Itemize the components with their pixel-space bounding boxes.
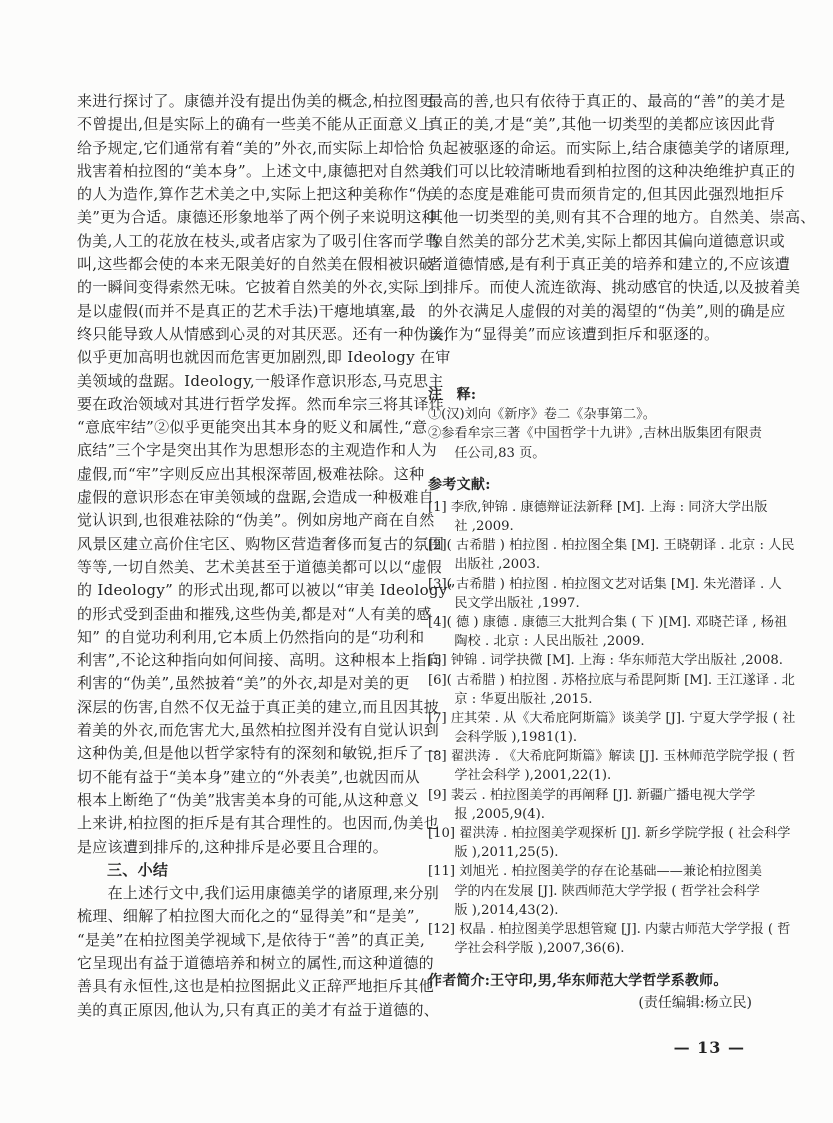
text-line: 深层的伤害,自然不仅无益于真正美的建立,而且因其披 (77, 696, 417, 719)
text-line: 的人为造作,算作艺术美之中,实际上把这种美称作“伪 (77, 183, 417, 206)
text-line: [3]( 古希腊 ) 柏拉图 . 柏拉图文艺对话集 [M]. 朱光潜译 . 人 (428, 575, 768, 594)
text-line: “意底牢结”②似乎更能突出其本身的贬义和属性,“意 (77, 416, 417, 439)
text-line: [1] 李欣,钟锦 . 康德辩证法新释 [M]. 上海 : 同济大学出版 (428, 498, 768, 517)
text-line: 虚假,而“牢”字则反应出其根深蒂固,极难祛除。这种 (77, 463, 417, 486)
text-line: 民文学出版社 ,1997. (428, 594, 768, 613)
text-line: 觉认识到,也很难祛除的“伪美”。例如房地产商在自然 (77, 509, 417, 532)
text-line: 的一瞬间变得索然无味。它披着自然美的外衣,实际上 (77, 276, 417, 299)
author-bio: 作者简介:王守印,男,华东师范大学哲学系教师。 (428, 971, 768, 991)
text-line: 最高的善,也只有依待于真正的、最高的“善”的美才是 (428, 90, 768, 113)
text-line: 在上述行文中,我们运用康德美学的诸原理,来分别 (77, 882, 417, 905)
text-line: 不曾提出,但是实际上的确有一些美不能从正面意义上 (77, 113, 417, 136)
text-line: 要在政治领域对其进行哲学发挥。然而牟宗三将其译作 (77, 393, 417, 416)
text-line: 叫,这些都会使的本来无限美好的自然美在假相被识破 (77, 253, 417, 276)
text-line: 终只能导致人从情感到心灵的对其厌恶。还有一种伪美, (77, 323, 417, 346)
notes-heading: 注 释: (428, 385, 768, 405)
text-line: ①(汉)刘向《新序》卷二《杂事第二》。 (428, 405, 768, 424)
text-line: 知” 的自觉功利利用,它本质上仍然指向的是“功利和 (77, 626, 417, 649)
author-bio-text: 王守印,男,华东师范大学哲学系教师。 (490, 973, 727, 989)
text-line: [5] 钟锦 . 词学抉微 [M]. 上海 : 华东师范大学出版社 ,2008. (428, 651, 768, 670)
text-line: 梳理、细解了柏拉图大而化之的“显得美”和“是美”, (77, 905, 417, 928)
text-line: [4]( 德 ) 康德 . 康德三大批判合集 ( 下 )[M]. 邓晓芒译 , … (428, 613, 768, 632)
text-line: 这种伪美,但是他以哲学家特有的深刻和敏锐,拒斥了一 (77, 742, 417, 765)
text-line: 负起被驱逐的命运。而实际上,结合康德美学的诸原理, (428, 137, 768, 160)
text-line: 等等,一切自然美、艺术美甚至于道德美都可以以“虚假 (77, 556, 417, 579)
text-line: [10] 翟洪涛 . 柏拉图美学观探析 [J]. 新乡学院学报 ( 社会科学 (428, 824, 768, 843)
text-line: 似乎更加高明也就因而危害更加剧烈,即 Ideology 在审 (77, 346, 417, 369)
left-column: 来进行探讨了。康德并没有提出伪美的概念,柏拉图更不曾提出,但是实际上的确有一些美… (77, 90, 417, 1022)
text-line: 像自然美的部分艺术美,实际上都因其偏向道德意识或 (428, 230, 768, 253)
author-bio-label: 作者简介: (428, 973, 490, 989)
text-line: 学社会科学版 ),2007,36(6). (428, 939, 768, 958)
text-line: 给予规定,它们通常有着“美的”外衣,而实际上却恰恰 (77, 137, 417, 160)
text-line: 京 : 华夏出版社 ,2015. (428, 690, 768, 709)
right-column: 最高的善,也只有依待于真正的、最高的“善”的美才是真正的美,才是“美”,其他一切… (428, 90, 768, 1013)
text-line: “是美”在柏拉图美学视域下,是依待于“善”的真正美, (77, 929, 417, 952)
text-line: 版 ),2014,43(2). (428, 901, 768, 920)
text-line: 底结”三个字是突出其作为思想形态的主观造作和人为 (77, 439, 417, 462)
text-line: 美领域的盘踞。Ideology,一般译作意识形态,马克思主 (77, 370, 417, 393)
text-line: 美”更为合适。康德还形象地举了两个例子来说明这种 (77, 206, 417, 229)
text-line: 报 ,2005,9(4). (428, 805, 768, 824)
text-line: 者道德情感,是有利于真正美的培养和建立的,不应该遭 (428, 253, 768, 276)
text-line: [9] 裴云 . 柏拉图美学的再阐释 [J]. 新疆广播电视大学学 (428, 786, 768, 805)
journal-page: 来进行探讨了。康德并没有提出伪美的概念,柏拉图更不曾提出,但是实际上的确有一些美… (0, 0, 833, 1123)
text-line: 来进行探讨了。康德并没有提出伪美的概念,柏拉图更 (77, 90, 417, 113)
text-line: 陶校 . 北京 : 人民出版社 ,2009. (428, 632, 768, 651)
text-line: 利害”,不论这种指向如何间接、高明。这种根本上指向 (77, 649, 417, 672)
text-line: 虚假的意识形态在审美领域的盘踞,会造成一种极难自 (77, 486, 417, 509)
text-line: 风景区建立高价住宅区、购物区营造奢侈而复古的氛围 (77, 533, 417, 556)
text-line: 上来讲,柏拉图的拒斥是有其合理性的。也因而,伪美也 (77, 812, 417, 835)
section-heading: 三、小结 (77, 859, 417, 882)
text-line: [6]( 古希腊 ) 柏拉图 . 苏格拉底与希毘阿斯 [M]. 王江遂译 . 北 (428, 671, 768, 690)
references-heading: 参考文献: (428, 475, 768, 495)
text-line: 利害的“伪美”,虽然披着“美”的外衣,却是对美的更 (77, 672, 417, 695)
text-line: 是以虚假(而并不是真正的艺术手法)干瘪地填塞,最 (77, 300, 417, 323)
text-line: 是应该遭到排斥的,这种排斥是必要且合理的。 (77, 836, 417, 859)
text-line: 根本上断绝了“伪美”戕害美本身的可能,从这种意义 (77, 789, 417, 812)
notes-list: ①(汉)刘向《新序》卷二《杂事第二》。②参看牟宗三著《中国哲学十九讲》,吉林出版… (428, 405, 768, 463)
text-line: 到排斥。而使人流连欲海、挑动感官的快适,以及披着美 (428, 276, 768, 299)
text-line: 任公司,83 页。 (428, 444, 768, 463)
text-line: 切不能有益于“美本身”建立的“外表美”,也就因而从 (77, 766, 417, 789)
text-line: 美的真正原因,他认为,只有真正的美才有益于道德的、 (77, 999, 417, 1022)
text-line: [8] 翟洪涛 . 《大希庇阿斯篇》解读 [J]. 玉林师范学院学报 ( 哲 (428, 747, 768, 766)
references-list: [1] 李欣,钟锦 . 康德辩证法新释 [M]. 上海 : 同济大学出版 社 ,… (428, 498, 768, 959)
text-line: 伪美,人工的花放在枝头,或者店家为了吸引住客而学鸟 (77, 230, 417, 253)
responsible-editor-note: (责任编辑:杨立民) (428, 993, 768, 1013)
text-line: 着美的外衣,而危害尤大,虽然柏拉图并没有自觉认识到 (77, 719, 417, 742)
text-line: 学社会科学 ),2001,22(1). (428, 766, 768, 785)
text-line: 美的态度是难能可贵而须肯定的,但其因此强烈地拒斥 (428, 183, 768, 206)
text-line: 的形式受到歪曲和摧残,这些伪美,都是对“人有美的感 (77, 603, 417, 626)
text-line: ②参看牟宗三著《中国哲学十九讲》,吉林出版集团有限责 (428, 424, 768, 443)
text-line: 我们可以比较清晰地看到柏拉图的这种决绝维护真正的 (428, 160, 768, 183)
text-line: 社 ,2009. (428, 517, 768, 536)
text-line: 真正的美,才是“美”,其他一切类型的美都应该因此背 (428, 113, 768, 136)
text-line: 版 ),2011,25(5). (428, 843, 768, 862)
page-number: — 13 — (674, 1038, 745, 1057)
text-line: [7] 庄其荣 . 从《大希庇阿斯篇》谈美学 [J]. 宁夏大学学报 ( 社 (428, 709, 768, 728)
text-line: 其他一切类型的美,则有其不合理的地方。自然美、崇高、 (428, 206, 768, 229)
left-paragraph-bottom: 在上述行文中,我们运用康德美学的诸原理,来分别梳理、细解了柏拉图大而化之的“显得… (77, 882, 417, 1022)
right-paragraph: 最高的善,也只有依待于真正的、最高的“善”的美才是真正的美,才是“美”,其他一切… (428, 90, 768, 346)
left-paragraph-top: 来进行探讨了。康德并没有提出伪美的概念,柏拉图更不曾提出,但是实际上的确有一些美… (77, 90, 417, 859)
text-line: [12] 权晶 . 柏拉图美学思想管窥 [J]. 内蒙古师范大学学报 ( 哲 (428, 920, 768, 939)
text-line: [11] 刘旭光 . 柏拉图美学的存在论基础——兼论柏拉图美 (428, 862, 768, 881)
text-line: 学的内在发展 [J]. 陕西师范大学学报 ( 哲学社会科学 (428, 882, 768, 901)
text-line: 善具有永恒性,这也是柏拉图据此义正辞严地拒斥其他 (77, 975, 417, 998)
text-line: [2]( 古希腊 ) 柏拉图 . 柏拉图全集 [M]. 王晓朝译 . 北京 : … (428, 536, 768, 555)
text-line: 该作为“显得美”而应该遭到拒斥和驱逐的。 (428, 323, 768, 346)
text-line: 的 Ideology” 的形式出现,都可以被以“审美 Ideology” (77, 579, 417, 602)
text-line: 它呈现出有益于道德培养和树立的属性,而这种道德的 (77, 952, 417, 975)
text-line: 戕害着柏拉图的“美本身”。上述文中,康德把对自然美 (77, 160, 417, 183)
text-line: 出版社 ,2003. (428, 555, 768, 574)
text-line: 的外衣满足人虚假的对美的渴望的“伪美”,则的确是应 (428, 300, 768, 323)
text-line: 会科学版 ),1981(1). (428, 728, 768, 747)
